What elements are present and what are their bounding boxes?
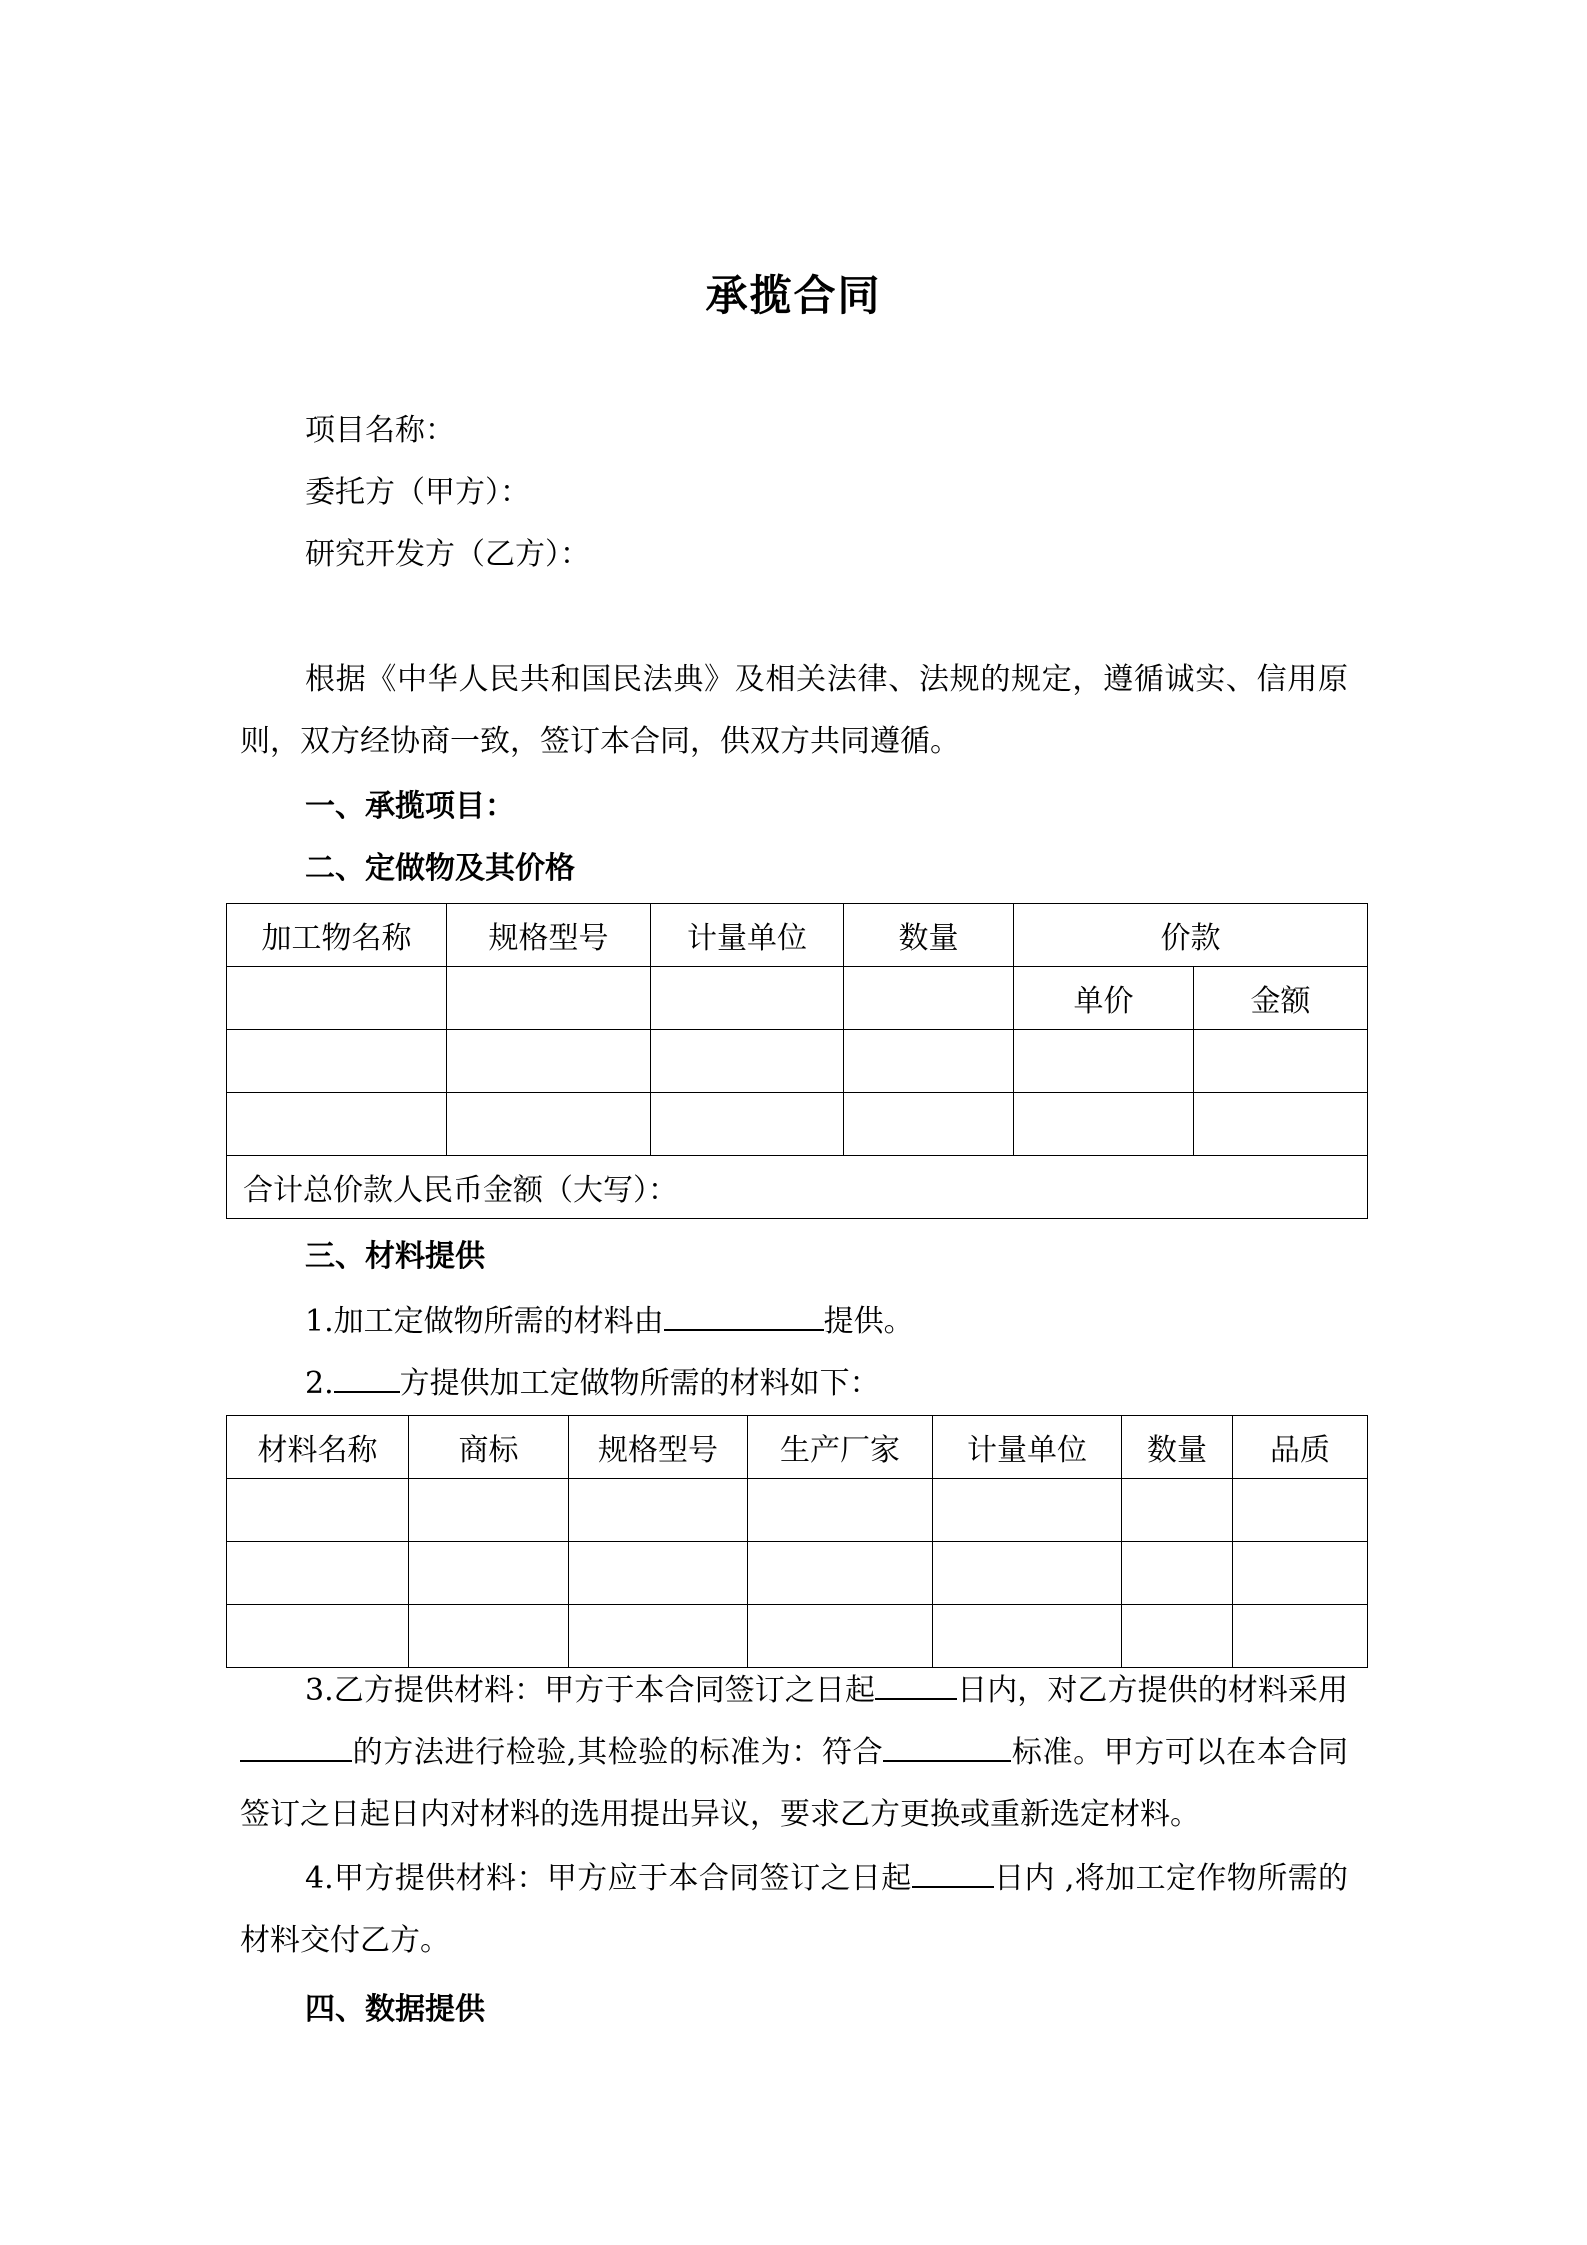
document-page: 承揽合同 项目名称： 委托方（甲方）： 研究开发方（乙方）： 根据《中华人民共和… — [0, 0, 1587, 2245]
table-row — [227, 1542, 1368, 1605]
table-cell[interactable] — [227, 1093, 447, 1156]
table-header-row: 加工物名称 规格型号 计量单位 数量 价款 — [227, 904, 1368, 967]
table-cell[interactable] — [1122, 1605, 1233, 1668]
table-cell[interactable] — [748, 1479, 933, 1542]
table-cell[interactable] — [933, 1479, 1122, 1542]
table-cell[interactable] — [1122, 1479, 1233, 1542]
table-total-row: 合计总价款人民币金额（大写）： — [227, 1156, 1368, 1219]
table-cell[interactable] — [227, 1605, 409, 1668]
inspection-standard-blank[interactable] — [883, 1730, 1011, 1762]
header-cell-price: 价款 — [1014, 904, 1368, 967]
party-blank[interactable] — [334, 1361, 400, 1393]
table-cell[interactable] — [1194, 1093, 1368, 1156]
header-cell: 计量单位 — [651, 904, 844, 967]
item2-suffix: 方提供加工定做物所需的材料如下： — [400, 1366, 880, 1401]
table-cell[interactable] — [227, 1030, 447, 1093]
header-cell: 规格型号 — [447, 904, 651, 967]
table-cell[interactable] — [569, 1542, 748, 1605]
field-developer-party-b: 研究开发方（乙方）： — [305, 535, 590, 575]
table-cell[interactable] — [1233, 1605, 1368, 1668]
section3-item1: 1.加工定做物所需的材料由提供。 — [305, 1299, 914, 1342]
table-cell[interactable] — [844, 967, 1014, 1030]
table-cell[interactable] — [447, 1030, 651, 1093]
table-cell[interactable] — [569, 1479, 748, 1542]
table-row — [227, 1479, 1368, 1542]
header-cell: 数量 — [844, 904, 1014, 967]
field-client-party-a: 委托方（甲方）： — [305, 473, 530, 513]
table-header-row: 材料名称 商标 规格型号 生产厂家 计量单位 数量 品质 — [227, 1416, 1368, 1479]
table-cell[interactable] — [409, 1542, 569, 1605]
table-cell[interactable] — [651, 1030, 844, 1093]
table-cell[interactable] — [1014, 1030, 1194, 1093]
document-title: 承揽合同 — [0, 266, 1587, 326]
inspection-method-blank[interactable] — [240, 1730, 352, 1762]
table-cell[interactable] — [227, 1542, 409, 1605]
table-cell[interactable] — [933, 1542, 1122, 1605]
section3-heading: 三、材料提供 — [305, 1237, 485, 1277]
table-cell[interactable] — [447, 1093, 651, 1156]
section2-heading: 二、定做物及其价格 — [305, 849, 575, 889]
table-cell[interactable] — [569, 1605, 748, 1668]
item3-part2: 日内，对乙方提供的材料采用 — [957, 1673, 1348, 1708]
table-row — [227, 1093, 1368, 1156]
table-cell[interactable] — [748, 1542, 933, 1605]
table-row — [227, 1605, 1368, 1668]
header-cell: 商标 — [409, 1416, 569, 1479]
goods-price-table: 加工物名称 规格型号 计量单位 数量 价款 单价 金额 — [226, 903, 1368, 1219]
table-row — [227, 1030, 1368, 1093]
section1-heading: 一、承揽项目： — [305, 787, 515, 827]
section3-item4: 4.甲方提供材料：甲方应于本合同签订之日起日内 ,将加工定作物所需的材料交付乙方… — [240, 1848, 1348, 1972]
table-cell[interactable] — [1014, 1093, 1194, 1156]
preamble-paragraph: 根据《中华人民共和国民法典》及相关法律、法规的规定，遵循诚实、信用原则，双方经协… — [240, 649, 1348, 773]
section4-heading: 四、数据提供 — [305, 1990, 485, 2030]
materials-table: 材料名称 商标 规格型号 生产厂家 计量单位 数量 品质 — [226, 1415, 1368, 1668]
table-cell[interactable] — [447, 967, 651, 1030]
field-project-name: 项目名称： — [305, 411, 455, 451]
header-cell: 规格型号 — [569, 1416, 748, 1479]
header-cell: 材料名称 — [227, 1416, 409, 1479]
item1-suffix: 提供。 — [824, 1304, 914, 1339]
table-cell[interactable] — [409, 1479, 569, 1542]
header-cell: 品质 — [1233, 1416, 1368, 1479]
table-cell[interactable] — [227, 967, 447, 1030]
table-cell[interactable] — [748, 1605, 933, 1668]
total-amount-label: 合计总价款人民币金额（大写）： — [227, 1156, 1368, 1219]
delivery-days-blank[interactable] — [912, 1856, 994, 1888]
table-cell[interactable] — [651, 967, 844, 1030]
table-cell[interactable] — [1194, 1030, 1368, 1093]
table-cell[interactable] — [1122, 1542, 1233, 1605]
table-cell[interactable] — [651, 1093, 844, 1156]
item4-part1: 4.甲方提供材料：甲方应于本合同签订之日起 — [305, 1861, 912, 1896]
table-cell[interactable] — [409, 1605, 569, 1668]
header-cell: 数量 — [1122, 1416, 1233, 1479]
item1-prefix: 1.加工定做物所需的材料由 — [305, 1304, 664, 1339]
subheader-unit-price: 单价 — [1014, 967, 1194, 1030]
material-provider-blank[interactable] — [664, 1299, 824, 1331]
inspection-days-blank[interactable] — [875, 1668, 957, 1700]
header-cell: 生产厂家 — [748, 1416, 933, 1479]
item3-part3: 的方法进行检验,其检验的标准为：符合 — [352, 1735, 883, 1770]
table-cell[interactable] — [844, 1093, 1014, 1156]
header-cell: 加工物名称 — [227, 904, 447, 967]
item3-part1: 3.乙方提供材料：甲方于本合同签订之日起 — [305, 1673, 875, 1708]
subheader-amount: 金额 — [1194, 967, 1368, 1030]
section3-item2: 2.方提供加工定做物所需的材料如下： — [305, 1361, 880, 1404]
table-subheader-row: 单价 金额 — [227, 967, 1368, 1030]
item2-prefix: 2. — [305, 1366, 334, 1401]
table-cell[interactable] — [227, 1479, 409, 1542]
table-cell[interactable] — [844, 1030, 1014, 1093]
table-cell[interactable] — [1233, 1479, 1368, 1542]
section3-item3: 3.乙方提供材料：甲方于本合同签订之日起日内，对乙方提供的材料采用的方法进行检验… — [240, 1660, 1348, 1846]
table-cell[interactable] — [1233, 1542, 1368, 1605]
header-cell: 计量单位 — [933, 1416, 1122, 1479]
table-cell[interactable] — [933, 1605, 1122, 1668]
